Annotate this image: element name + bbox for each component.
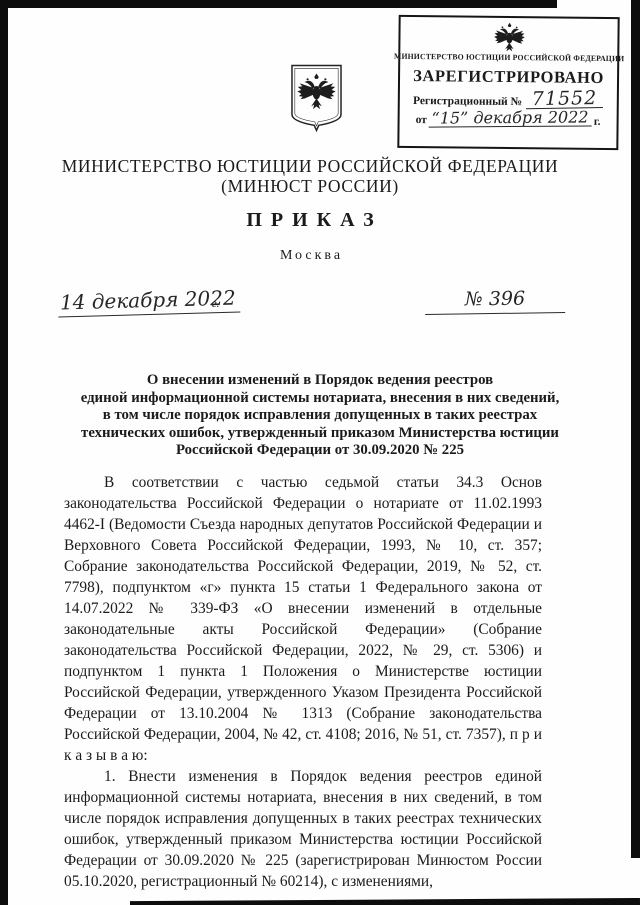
stamp-date-prefix: от <box>416 114 427 126</box>
handwritten-order-number: № 396 <box>425 287 565 315</box>
scan-edge-bottom <box>130 898 640 905</box>
scan-edge-top <box>0 0 557 8</box>
stamp-ministry-line: МИНИСТЕРСТВО ЮСТИЦИИ РОССИЙСКОЙ ФЕДЕРАЦИ… <box>394 52 624 63</box>
stamp-registered-label: ЗАРЕГИСТРИРОВАНО <box>413 66 604 88</box>
city-label: Москва <box>0 248 620 264</box>
date-suffix: г. <box>212 296 220 311</box>
body-paragraph-1: В соответствии с частью седьмой статьи 3… <box>64 472 542 766</box>
order-subject-heading: О внесении изменений в Порядок ведения р… <box>40 372 600 460</box>
coat-of-arms-emblem <box>288 63 345 142</box>
stamp-reg-number-label: Регистрационный № <box>413 95 522 108</box>
stamp-date-value: “15” декабря 2022 <box>429 110 592 127</box>
stamp-eagle-icon <box>490 22 528 52</box>
stamp-reg-number-value: 71552 <box>526 90 604 109</box>
registration-stamp: МИНИСТЕРСТВО ЮСТИЦИИ РОССИЙСКОЙ ФЕДЕРАЦИ… <box>397 15 619 150</box>
body-paragraph-2: 1. Внести изменения в Порядок ведения ре… <box>64 766 542 892</box>
date-number-line: 14 декабря 2022 г. № 396 <box>0 286 640 328</box>
scan-edge-right <box>631 0 640 858</box>
scan-edge-left <box>0 0 8 905</box>
document-type-title: ПРИКАЗ <box>0 209 620 232</box>
document-page: МИНИСТЕРСТВО ЮСТИЦИИ РОССИЙСКОЙ ФЕДЕРАЦИ… <box>0 0 640 905</box>
stamp-date-suffix: г. <box>594 116 601 128</box>
ministry-title: МИНИСТЕРСТВО ЮСТИЦИИ РОССИЙСКОЙ ФЕДЕРАЦИ… <box>30 156 590 196</box>
order-body: В соответствии с частью седьмой статьи 3… <box>64 472 542 892</box>
